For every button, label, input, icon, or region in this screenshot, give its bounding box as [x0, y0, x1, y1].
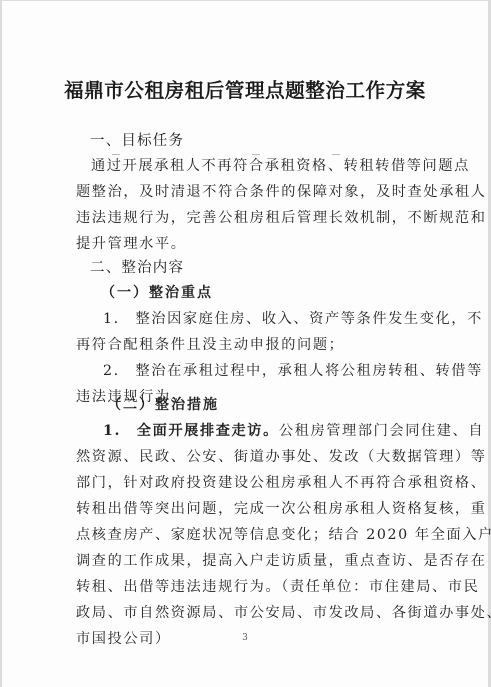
paragraph-line: 部门，针对政府投资建设公租房承租人不再符合承租资格、 — [76, 472, 486, 492]
subsection-heading-measures: （二）整治措施 — [107, 394, 219, 414]
paragraph-line: 点核查房产、家庭状况等信息变化；结合 2020 年全面入户 — [76, 524, 491, 544]
paragraph-line: 再符合配租条件且没主动申报的问题； — [76, 334, 344, 354]
paragraph-line: 然资源、民政、公安、街道办事处、发改（大数据管理）等 — [76, 446, 486, 466]
page-number: 3 — [2, 633, 488, 643]
document-title: 福鼎市公租房租后管理点题整治工作方案 — [2, 75, 488, 103]
paragraph-line: 转租、出借等违法违规行为。（责任单位：市住建局、市民 — [76, 576, 479, 596]
paragraph-line: 政局、市自然资源局、市公安局、市发改局、各街道办事处、 — [76, 602, 491, 622]
paragraph-line: 题整治，及时清退不符合条件的保障对象，及时查处承租人 — [76, 181, 486, 201]
paragraph-line: 1. 整治因家庭住房、收入、资产等条件发生变化，不 — [103, 308, 483, 328]
paragraph-line: 通过开展承租人不再符合承租资格、转租转借等问题点 — [91, 155, 470, 175]
paragraph-line: 转租出借等突出问题，完成一次公租房承租人资格复核，重 — [76, 498, 486, 518]
paragraph-line: 违法违规行为，完善公租房租后管理长效机制，不断规范和 — [76, 207, 486, 227]
section-heading-content: 二、整治内容 — [90, 256, 184, 277]
paragraph-line: 提升管理水平。 — [76, 233, 187, 253]
section-heading-goals: 一、目标任务 — [90, 129, 184, 150]
measure-text: 公租房管理部门会同住建、自 — [279, 423, 484, 439]
paragraph-line: 调查的工作成果，提高入户走访质量，重点查访、是否存在 — [76, 550, 486, 570]
measure-lead: 1. 全面开展排查走访。 — [103, 423, 279, 439]
subsection-heading-focus: （一）整治重点 — [101, 282, 213, 302]
paragraph-line: 2. 整治在承租过程中，承租人将公租房转租、转借等 — [103, 360, 483, 380]
document-page: 福鼎市公租房租后管理点题整治工作方案 一、目标任务 通过开展承租人不再符合承租资… — [2, 1, 488, 687]
paragraph-line: 1. 全面开展排查走访。公租房管理部门会同住建、自 — [103, 420, 484, 440]
